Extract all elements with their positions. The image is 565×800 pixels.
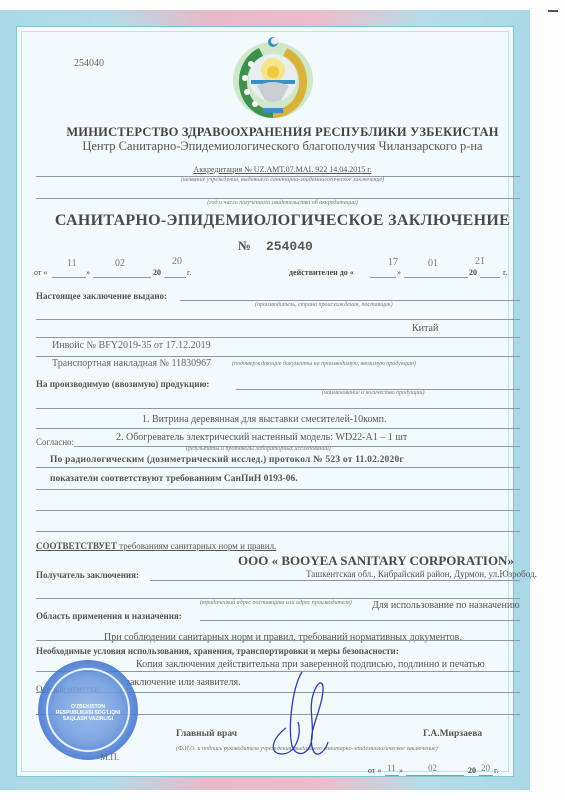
signatory-role: Главный врач <box>176 729 237 739</box>
accreditation-number: Аккредитация № UZ.AMT.07.MAI. 922 14.04.… <box>0 165 565 174</box>
center-heading: Центр Санитарно-Эпидемиологического благ… <box>0 139 565 154</box>
product-item-1: 1. Витрина деревянная для выставки смеси… <box>142 414 386 425</box>
recipient-address: Ташкентская обл., Кибрайский район, Дурм… <box>306 569 537 579</box>
document-title: САНИТАРНО-ЭПИДЕМИОЛОГИЧЕСКОЕ ЗАКЛЮЧЕНИЕ <box>0 212 565 230</box>
product-caption: (наименование и количество продукции) <box>322 390 425 396</box>
signature-day: 11 <box>387 763 396 773</box>
sanpin-compliance: показатели соответствуют требованиям Сан… <box>50 474 298 484</box>
document-number: 254040 <box>266 239 313 254</box>
seal-label: М.П. <box>100 752 119 762</box>
conforms-statement: СООТВЕТСТВУЕТ требованиям санитарных нор… <box>36 541 276 551</box>
signatory-name: Г.А.Мирзаева <box>423 729 482 739</box>
invoice-number: Инвойс № BFY2019-35 от 17.12.2019 <box>52 340 211 351</box>
scope-label: Область применения и назначения: <box>36 611 182 621</box>
recipient-caption: (юридический адрес поставщика или адрес … <box>200 600 352 606</box>
scope-conditions: При соблюдении санитарных норм и правил,… <box>104 632 462 643</box>
state-emblem-icon <box>229 34 317 120</box>
recipient-company: ООО « BOOYEA SANITARY CORPORATION» <box>238 553 514 569</box>
docs-caption: (подтверждающие документы на производиму… <box>232 361 416 367</box>
issued-to-caption: (производитель, страна происхождения, по… <box>255 302 393 308</box>
radiology-protocol: По радиологическим (дозиметрический иссл… <box>50 455 404 465</box>
according-label: Согласно: <box>36 437 74 447</box>
valid-day: 17 <box>388 257 398 268</box>
corner-number: 254040 <box>74 58 104 69</box>
product-label: На производимую (ввозимую) продукцию: <box>36 379 209 389</box>
official-seal-stamp: O'ZBEKISTON RESPUBLIKASI SOG'LIQNI SAQLA… <box>38 660 138 760</box>
country-of-origin: Китай <box>412 323 438 334</box>
ministry-heading: МИНИСТЕРСТВО ЗДРАВООХРАНЕНИЯ РЕСПУБЛИКИ … <box>0 125 565 140</box>
number-label: № <box>238 238 251 254</box>
transport-waybill: Транспортная накладная № 11830967 <box>52 358 211 369</box>
signature-month: 02 <box>428 763 437 773</box>
scope-value: Для использование по назначению <box>372 600 520 611</box>
signature-year: 20 <box>481 763 490 773</box>
accreditation-caption: (название учреждения, выдавшего санитарн… <box>0 177 565 183</box>
product-item-2: 2. Обогреватель электрический настенный … <box>116 432 407 443</box>
handwritten-signature-icon <box>262 668 332 760</box>
conditions-label: Необходимые условия использования, хране… <box>36 646 399 656</box>
valid-year: 21 <box>475 256 485 267</box>
issue-month: 02 <box>115 258 125 269</box>
recipient-label: Получатель заключения: <box>36 570 139 580</box>
issued-to-label: Настоящее заключение выдано: <box>36 291 167 301</box>
scan-edge-mark <box>548 10 558 12</box>
issue-day: 11 <box>67 258 77 269</box>
certificate-caption: (год и число полученного свидетельства о… <box>0 200 565 206</box>
valid-month: 01 <box>428 258 438 269</box>
according-caption: (результаты и протоколы лабораторных исс… <box>186 446 331 452</box>
conditions-line-2: заключение или заявителя. <box>126 677 241 688</box>
issue-year: 20 <box>172 256 182 267</box>
